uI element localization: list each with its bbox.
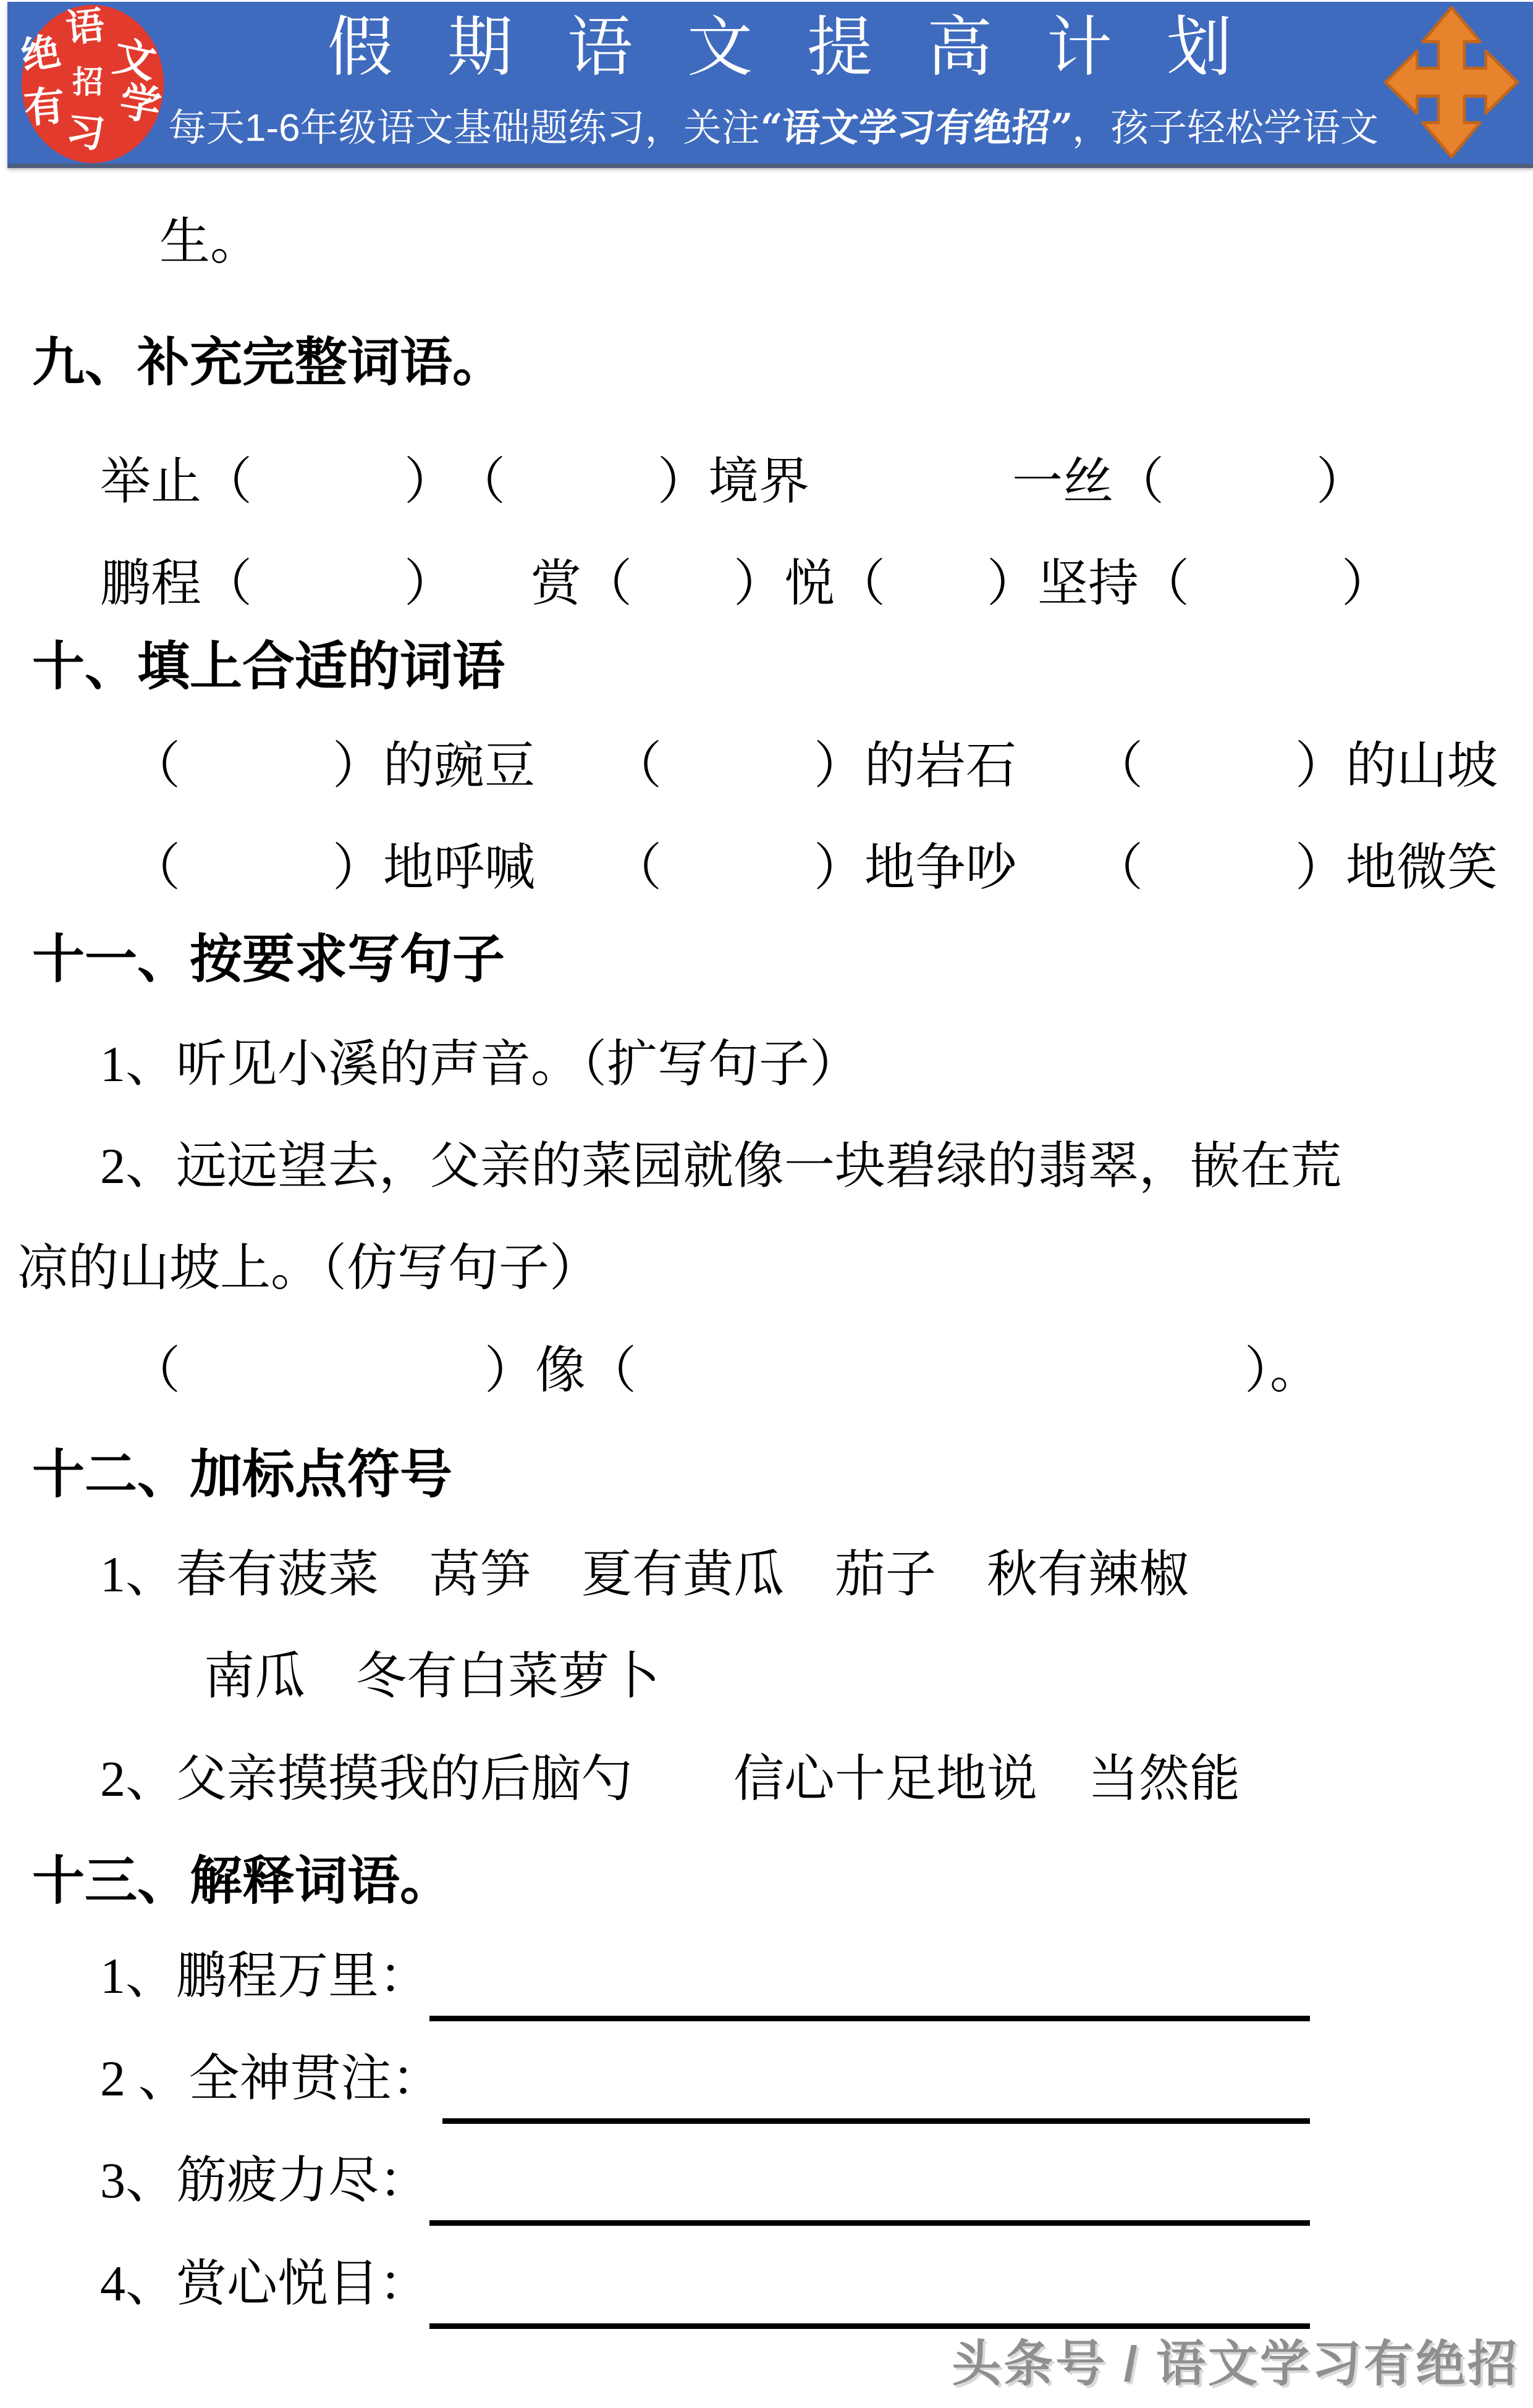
move-arrows-icon xyxy=(1380,4,1523,160)
header-subtitle: 每天1-6年级语文基础题练习，关注“语文学习有绝招”，孩子轻松学语文 xyxy=(168,106,1379,150)
section-13-title: 十三、解释词语。 xyxy=(32,1852,452,1913)
section-11-item-1: 1、听见小溪的声音。（扩写句子） xyxy=(100,1035,860,1093)
logo-char: 语 xyxy=(64,7,106,49)
definition-label: 1、鹏程万里： xyxy=(100,1947,429,2021)
section-11-title: 十一、按要求写句子 xyxy=(32,930,505,991)
section-12-item-1-line-2: 南瓜 冬有白菜萝卜 xyxy=(204,1648,660,1706)
logo-char: 有 xyxy=(22,86,67,130)
definition-label: 2 、全神贯注： xyxy=(100,2050,442,2124)
section-11-item-2-line-2: 凉的山坡上。（仿写句子） xyxy=(17,1239,600,1297)
answer-blank xyxy=(429,2016,1310,2021)
definition-label: 4、赏心悦目： xyxy=(100,2255,429,2329)
answer-blank xyxy=(442,2118,1310,2124)
logo-char: 招 xyxy=(72,67,103,98)
subtitle-suffix: ，孩子轻松学语文 xyxy=(1072,107,1379,149)
section-13-item-2: 2 、全神贯注： xyxy=(100,2050,1310,2124)
section-11-item-2-blank-line: （ ）像（ ）。 xyxy=(130,1342,1320,1400)
answer-blank xyxy=(429,2220,1310,2226)
section-10-row-2: （ ）地呼喊 （ ）地争吵 （ ）地微笑 xyxy=(130,839,1498,897)
logo-char: 习 xyxy=(64,112,106,154)
subtitle-prefix: 每天1-6年级语文基础题练习，关注 xyxy=(168,107,760,149)
brand-logo: 绝 语 文 招 学 有 习 xyxy=(22,5,164,163)
header-banner: 绝 语 文 招 学 有 习 假期语文提高计划 每天1-6年级语文基础题练习，关注… xyxy=(7,2,1533,168)
section-9-row-2: 鹏程（ ） 赏（ ）悦（ ）坚持（ ） xyxy=(100,555,1392,613)
section-10-row-1: （ ）的豌豆 （ ）的岩石 （ ）的山坡 xyxy=(130,737,1498,795)
section-9-title: 九、补充完整词语。 xyxy=(32,334,505,394)
definition-label: 3、筋疲力尽： xyxy=(100,2152,429,2226)
section-12-item-2: 2、父亲摸摸我的后脑勺 信心十足地说 当然能 xyxy=(100,1750,1240,1808)
section-11-item-2-line-1: 2、远远望去，父亲的菜园就像一块碧绿的翡翠，嵌在荒 xyxy=(100,1137,1341,1195)
section-12-title: 十二、加标点符号 xyxy=(32,1446,452,1506)
section-13-item-1: 1、鹏程万里： xyxy=(100,1947,1310,2021)
page-title: 假期语文提高计划 xyxy=(327,12,1286,84)
logo-char: 绝 xyxy=(19,32,63,77)
carryover-line: 生。 xyxy=(159,213,261,271)
brand-name: “语文学习有绝招” xyxy=(758,106,1073,149)
worksheet-page: 绝 语 文 招 学 有 习 假期语文提高计划 每天1-6年级语文基础题练习，关注… xyxy=(0,0,1533,2408)
logo-char: 学 xyxy=(117,82,164,128)
section-10-title: 十、填上合适的词语 xyxy=(32,638,505,698)
logo-char: 文 xyxy=(110,35,160,85)
section-13-item-4: 4、赏心悦目： xyxy=(100,2255,1310,2329)
section-13-item-3: 3、筋疲力尽： xyxy=(100,2152,1310,2226)
watermark: 头条号 / 语文学习有绝招 xyxy=(952,2324,1519,2395)
section-12-item-1-line-1: 1、春有菠菜 莴笋 夏有黄瓜 茄子 秋有辣椒 xyxy=(100,1546,1189,1604)
section-9-row-1: 举止（ ） （ ）境界 一丝（ ） xyxy=(100,453,1367,511)
